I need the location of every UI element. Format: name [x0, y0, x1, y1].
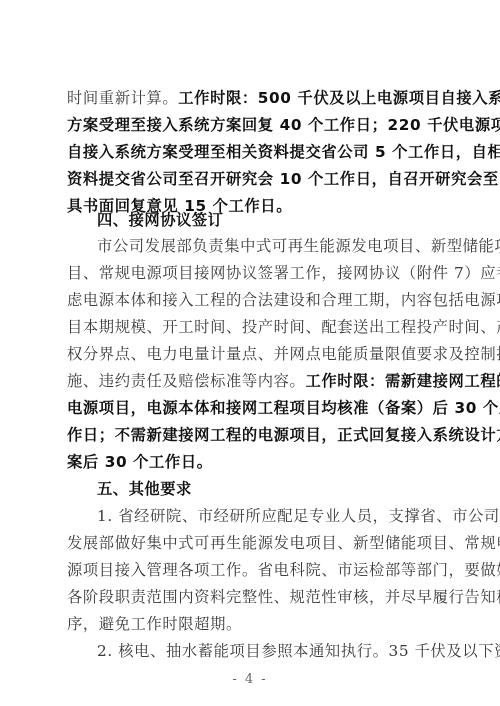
paragraph-line: 市公司发展部负责集中式可再生能源发电项目、新型储能项 [97, 236, 439, 256]
bold-text-segment: 案后 30 个工作日。 [67, 453, 213, 471]
section-heading-5: 五、其他要求 [97, 479, 439, 499]
text-segment: 虑电源本体和接入工程的合法建设和合理工期，内容包括电源项 [67, 291, 500, 309]
paragraph-line: 资料提交省公司至召开研究会 10 个工作日，自召开研究会至出 [67, 169, 439, 189]
paragraph-line: 目本期规模、开工时间、投产时间、配套送出工程投产时间、产 [67, 317, 439, 337]
bold-text-segment: 工作时限：需新建接网工程的 [305, 372, 500, 390]
paragraph-line: 自接入系统方案受理至相关资料提交省公司 5 个工作日，自相关 [67, 142, 439, 162]
text-segment: 目本期规模、开工时间、投产时间、配套送出工程投产时间、产 [67, 318, 500, 336]
text-segment: 市公司发展部负责集中式可再生能源发电项目、新型储能项 [97, 237, 500, 255]
paragraph-line: 电源项目，电源本体和接网工程项目均核准（备案）后 30 个工 [67, 398, 439, 418]
text-segment: 1. 省经研院、市经研所应配足专业人员，支撑省、市公司 [97, 507, 500, 525]
document-page: 时间重新计算。工作时限：500 千伏及以上电源项目自接入系统 方案受理至接入系统… [0, 0, 500, 706]
bold-text-segment: 电源项目，电源本体和接网工程项目均核准（备案）后 30 个工 [67, 399, 500, 417]
paragraph-line: 各阶段职责范围内资料完整性、规范性审核，并尽早履行告知程 [67, 587, 439, 607]
paragraph-line: 虑电源本体和接入工程的合法建设和合理工期，内容包括电源项 [67, 290, 439, 310]
paragraph-line: 作日；不需新建接网工程的电源项目，正式回复接入系统设计方 [67, 425, 439, 445]
paragraph-line: 目、常规电源项目接网协议签署工作，接网协议（附件 7）应考 [67, 263, 439, 283]
text-segment: 各阶段职责范围内资料完整性、规范性审核，并尽早履行告知程 [67, 588, 500, 606]
paragraph-line: 施、违约责任及赔偿标准等内容。工作时限：需新建接网工程的 [67, 371, 439, 391]
text-segment: 发展部做好集中式可再生能源发电项目、新型储能项目、常规电 [67, 534, 500, 552]
bold-text-segment: 工作时限：500 千伏及以上电源项目自接入系统 [178, 89, 500, 107]
bold-text-segment: 自接入系统方案受理至相关资料提交省公司 5 个工作日，自相关 [67, 143, 500, 161]
paragraph-line: 源项目接入管理各项工作。省电科院、市运检部等部门，要做好 [67, 560, 439, 580]
paragraph-line: 权分界点、电力电量计量点、并网点电能质量限值要求及控制措 [67, 344, 439, 364]
text-segment: 时间重新计算。 [67, 89, 178, 107]
text-segment: 目、常规电源项目接网协议签署工作，接网协议（附件 7）应考 [67, 264, 500, 282]
text-segment: 权分界点、电力电量计量点、并网点电能质量限值要求及控制措 [67, 345, 500, 363]
paragraph-line: 1. 省经研院、市经研所应配足专业人员，支撑省、市公司 [97, 506, 439, 526]
bold-text-segment: 方案受理至接入系统方案回复 40 个工作日；220 千伏电源项目 [67, 116, 500, 134]
text-segment: 源项目接入管理各项工作。省电科院、市运检部等部门，要做好 [67, 561, 500, 579]
text-segment: 施、违约责任及赔偿标准等内容。 [67, 372, 305, 390]
paragraph-line: 时间重新计算。工作时限：500 千伏及以上电源项目自接入系统 [67, 88, 439, 108]
text-segment: 2. 核电、抽水蓄能项目参照本通知执行。35 千伏及以下资 [97, 642, 500, 660]
paragraph-line: 序，避免工作时限超期。 [67, 614, 439, 634]
paragraph-line: 发展部做好集中式可再生能源发电项目、新型储能项目、常规电 [67, 533, 439, 553]
section-heading-4: 四、接网协议签订 [97, 210, 439, 230]
paragraph-line: 案后 30 个工作日。 [67, 452, 439, 472]
text-segment: 序，避免工作时限超期。 [67, 615, 242, 633]
bold-text-segment: 资料提交省公司至召开研究会 10 个工作日，自召开研究会至出 [67, 170, 500, 188]
page-number: - 4 - [0, 672, 500, 687]
paragraph-line: 方案受理至接入系统方案回复 40 个工作日；220 千伏电源项目 [67, 115, 439, 135]
bold-text-segment: 作日；不需新建接网工程的电源项目，正式回复接入系统设计方 [67, 426, 500, 444]
paragraph-line: 2. 核电、抽水蓄能项目参照本通知执行。35 千伏及以下资 [97, 641, 439, 661]
